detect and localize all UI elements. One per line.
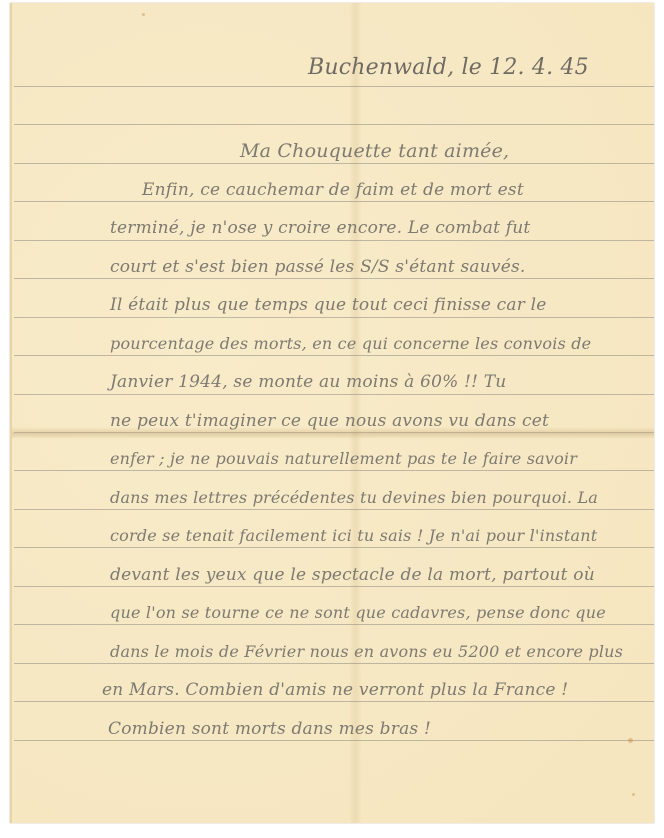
ruled-line	[14, 317, 654, 318]
ruled-line	[14, 547, 654, 548]
ruled-line	[14, 124, 654, 125]
ruled-line	[14, 663, 654, 664]
ruled-line	[14, 624, 654, 625]
letter-line-3: court et s'est bien passé les S/S s'étan…	[110, 257, 526, 277]
letter-line-6: Janvier 1944, se monte au moins à 60% !!…	[110, 372, 506, 392]
letter-line-4: Il était plus que temps que tout ceci fi…	[110, 295, 547, 315]
ruled-line	[14, 701, 654, 702]
letter-line-7: ne peux t'imaginer ce que nous avons vu …	[110, 411, 549, 431]
ruled-line	[14, 163, 654, 164]
place-date: Buchenwald, le 12. 4. 45	[308, 55, 589, 80]
letter-line-8: enfer ; je ne pouvais naturellement pas …	[110, 449, 577, 468]
letter-line-13: dans le mois de Février nous en avons eu…	[110, 642, 623, 661]
letter-line-12: que l'on se tourne ce ne sont que cadavr…	[110, 603, 606, 622]
ruled-line	[14, 240, 654, 241]
ruled-line	[14, 355, 654, 356]
ruled-line	[14, 740, 654, 741]
letter-line-15: Combien sont morts dans mes bras !	[108, 719, 431, 739]
letter-line-14: en Mars. Combien d'amis ne verront plus …	[102, 680, 568, 700]
ruled-line	[14, 509, 654, 510]
ruled-line	[14, 278, 654, 279]
salutation: Ma Chouquette tant aimée,	[240, 140, 509, 162]
letter-line-10: corde se tenait facilement ici tu sais !…	[110, 526, 597, 545]
ruled-line	[14, 86, 654, 87]
letter-line-5: pourcentage des morts, en ce qui concern…	[110, 334, 591, 353]
letter-line-2: terminé, je n'ose y croire encore. Le co…	[110, 218, 530, 238]
letter-line-9: dans mes lettres précédentes tu devines …	[110, 488, 598, 507]
paper-stain	[632, 793, 635, 796]
ruled-line	[14, 586, 654, 587]
ruled-line	[14, 201, 654, 202]
ruled-line	[14, 394, 654, 395]
letter-line-11: devant les yeux que le spectacle de la m…	[110, 565, 595, 585]
paper-stain	[628, 738, 633, 743]
letter-line-1: Enfin, ce cauchemar de faim et de mort e…	[142, 180, 524, 200]
letter-paper: Buchenwald, le 12. 4. 45 Ma Chouquette t…	[10, 3, 654, 823]
paper-stain	[142, 13, 145, 16]
ruled-line	[14, 470, 654, 471]
